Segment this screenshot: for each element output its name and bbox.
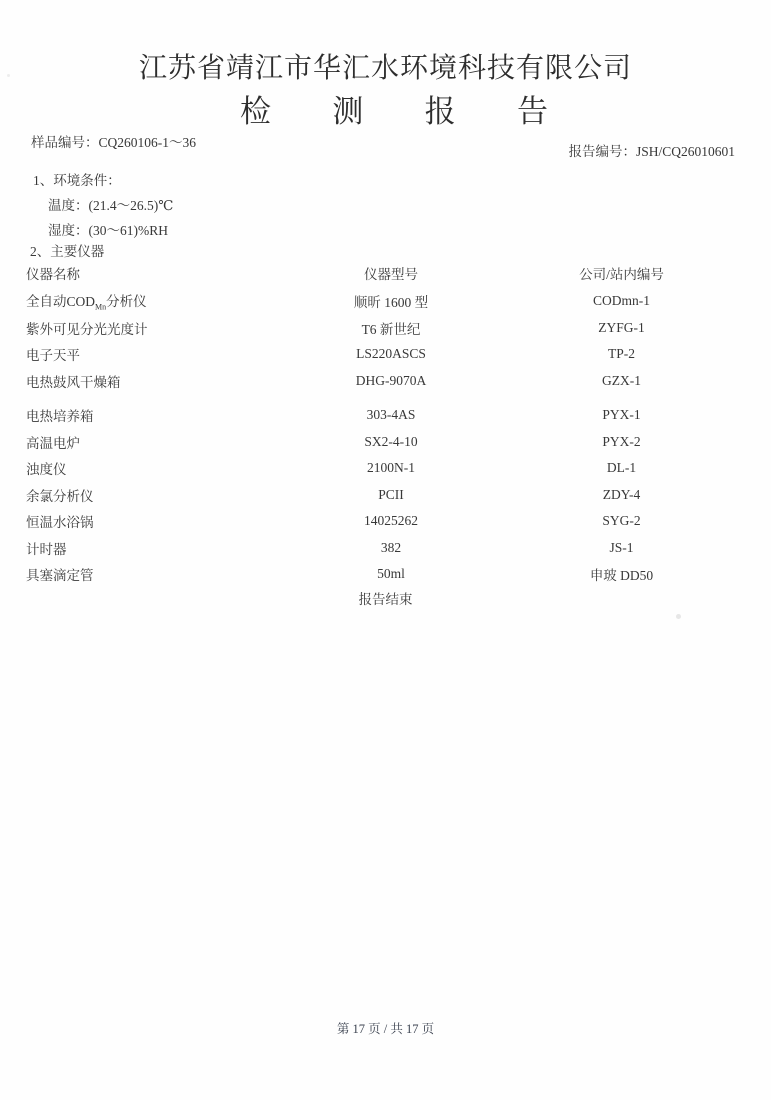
header-instrument-name: 仪器名称 bbox=[26, 263, 271, 283]
instrument-code: PYX-1 bbox=[511, 407, 732, 423]
meta-row: 样品编号：CQ260106-1～36 报告编号：JSH/CQ26010601 bbox=[31, 131, 735, 160]
table-row: 浊度仪 2100N-1 DL-1 bbox=[26, 455, 732, 482]
instrument-model: 50ml bbox=[271, 566, 511, 582]
instrument-code: TP-2 bbox=[511, 346, 732, 362]
instrument-code: SYG-2 bbox=[511, 513, 732, 529]
header-instrument-model: 仪器型号 bbox=[271, 263, 511, 283]
instrument-code: ZYFG-1 bbox=[511, 320, 732, 336]
instrument-model: DHG-9070A bbox=[271, 373, 511, 389]
report-title-char: 报 bbox=[425, 86, 456, 131]
table-row: 电子天平 LS220ASCS TP-2 bbox=[26, 341, 732, 368]
instrument-name: 计时器 bbox=[26, 538, 271, 558]
report-title: 检 测 报 告 bbox=[240, 86, 548, 131]
table-row: 高温电炉 SX2-4-10 PYX-2 bbox=[26, 429, 732, 456]
instrument-name: 电热培养箱 bbox=[26, 405, 271, 425]
header-instrument-code: 公司/站内编号 bbox=[511, 263, 732, 283]
instrument-model: 14025262 bbox=[271, 513, 511, 529]
instrument-name: 余氯分析仪 bbox=[26, 485, 271, 505]
instrument-model: 2100N-1 bbox=[271, 460, 511, 476]
report-title-char: 测 bbox=[332, 86, 363, 131]
table-row: 恒温水浴锅 14025262 SYG-2 bbox=[26, 508, 732, 535]
instrument-model: 顺昕 1600 型 bbox=[271, 291, 511, 311]
report-title-char: 检 bbox=[240, 86, 271, 131]
table-row: 紫外可见分光光度计 T6 新世纪 ZYFG-1 bbox=[26, 315, 732, 342]
instrument-code: 申玻 DD50 bbox=[511, 564, 732, 584]
table-row: 计时器 382 JS-1 bbox=[26, 535, 732, 562]
instrument-model: SX2-4-10 bbox=[271, 434, 511, 450]
table-header-row: 仪器名称 仪器型号 公司/站内编号 bbox=[26, 258, 732, 288]
scan-speck bbox=[7, 74, 10, 77]
end-note: 报告结束 bbox=[0, 588, 771, 608]
instrument-name: 电子天平 bbox=[26, 344, 271, 364]
instrument-name: 高温电炉 bbox=[26, 432, 271, 452]
instrument-name: 浊度仪 bbox=[26, 458, 271, 478]
report-number-label: 报告编号： bbox=[568, 144, 636, 159]
sample-number-label: 样品编号： bbox=[31, 135, 99, 150]
instrument-model: 382 bbox=[271, 540, 511, 556]
instrument-code: PYX-2 bbox=[511, 434, 732, 450]
instrument-code: DL-1 bbox=[511, 460, 732, 476]
sample-number-value: CQ260106-1～36 bbox=[99, 135, 197, 150]
instrument-name: 电热鼓风干燥箱 bbox=[26, 371, 271, 391]
report-title-char: 告 bbox=[517, 86, 548, 131]
instrument-name: 具塞滴定管 bbox=[26, 564, 271, 584]
instrument-name: 恒温水浴锅 bbox=[26, 511, 271, 531]
instrument-code: ZDY-4 bbox=[511, 487, 732, 503]
table-row: 具塞滴定管 50ml 申玻 DD50 bbox=[26, 561, 732, 588]
instrument-name: 全自动CODMn分析仪 bbox=[26, 290, 271, 312]
table-row: 全自动CODMn分析仪 顺昕 1600 型 CODmn-1 bbox=[26, 288, 732, 315]
instrument-code: JS-1 bbox=[511, 540, 732, 556]
instruments-section-title: 2、主要仪器 bbox=[30, 240, 104, 260]
instrument-name: 紫外可见分光光度计 bbox=[26, 318, 271, 338]
table-body: 全自动CODMn分析仪 顺昕 1600 型 CODmn-1 紫外可见分光光度计 … bbox=[26, 288, 732, 588]
instrument-model: LS220ASCS bbox=[271, 346, 511, 362]
table-row: 余氯分析仪 PCII ZDY-4 bbox=[26, 482, 732, 509]
table-row: 电热鼓风干燥箱 DHG-9070A GZX-1 bbox=[26, 368, 732, 395]
report-number-value: JSH/CQ26010601 bbox=[636, 144, 735, 159]
instrument-code: CODmn-1 bbox=[511, 293, 732, 309]
environment-section: 1、环境条件： 温度：(21.4～26.5)℃ 湿度：(30～61)%RH bbox=[33, 168, 173, 243]
table-row: 电热培养箱 303-4AS PYX-1 bbox=[26, 402, 732, 429]
instruments-table: 仪器名称 仪器型号 公司/站内编号 全自动CODMn分析仪 顺昕 1600 型 … bbox=[26, 258, 732, 588]
instrument-code: GZX-1 bbox=[511, 373, 732, 389]
page-footer: 第 17 页 / 共 17 页 bbox=[0, 1019, 771, 1037]
sample-number: 样品编号：CQ260106-1～36 bbox=[31, 131, 196, 160]
report-number: 报告编号：JSH/CQ26010601 bbox=[568, 140, 735, 160]
report-page: 江苏省靖江市华汇水环境科技有限公司 检 测 报 告 样品编号：CQ260106-… bbox=[0, 0, 771, 1100]
scan-speck bbox=[676, 614, 681, 619]
temperature-line: 温度：(21.4～26.5)℃ bbox=[48, 193, 173, 218]
company-title: 江苏省靖江市华汇水环境科技有限公司 bbox=[0, 46, 771, 86]
instrument-model: 303-4AS bbox=[271, 407, 511, 423]
instrument-model: T6 新世纪 bbox=[271, 318, 511, 338]
instrument-model: PCII bbox=[271, 487, 511, 503]
environment-section-title: 1、环境条件： bbox=[33, 168, 173, 193]
